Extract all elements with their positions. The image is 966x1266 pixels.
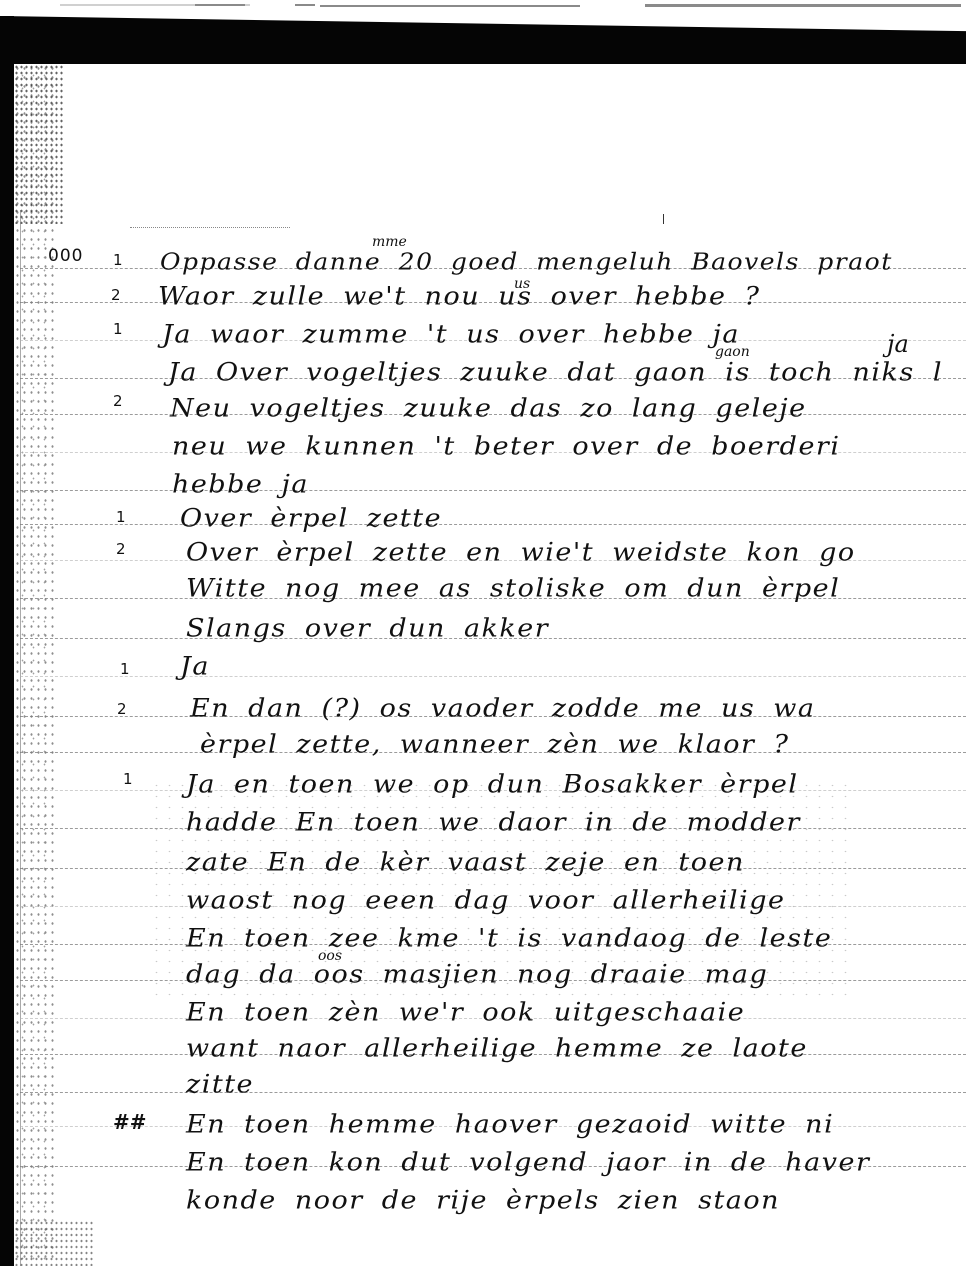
ruled-line [20, 1092, 966, 1093]
interlinear-correction: mme [372, 234, 407, 250]
transcript-line: dag da oos masjien nog draaie mag [186, 960, 768, 989]
transcript-line: Slangs over dun akker [186, 614, 549, 643]
interlinear-correction: us [514, 276, 530, 292]
speaker-number: 2 [117, 700, 127, 718]
scan-streak [320, 5, 580, 7]
speaker-number: 1 [116, 508, 126, 526]
speaker-number: 1 [120, 660, 130, 678]
transcript-line: neu we kunnen 't beter over de boerderi [172, 432, 840, 461]
scan-streak [195, 4, 245, 6]
transcript-line: want naor allerheilige hemme ze laote [186, 1034, 808, 1063]
ink-tick [663, 214, 664, 224]
tape-counter-mark: 000 [48, 246, 83, 266]
transcript-line: Ja waor zumme 't us over hebbe ja [162, 320, 740, 349]
paper-page [14, 64, 966, 1266]
transcript-line: Over èrpel zette [180, 504, 442, 533]
transcript-line: En dan (?) os vaoder zodde me us wa [190, 694, 816, 723]
transcript-line: Over èrpel zette en wie't weidste kon go [186, 538, 856, 567]
speaker-number: 1 [123, 770, 133, 788]
transcript-line: hebbe ja [172, 470, 309, 499]
margin-line [20, 210, 21, 1266]
transcript-line: En toen hemme haover gezaoid witte ni [186, 1110, 834, 1139]
interlinear-correction: oos [318, 948, 342, 964]
transcript-line: En toen zèn we'r ook uitgeschaaie [186, 998, 745, 1027]
scan-streak [645, 4, 961, 7]
transcript-line: Ja Over vogeltjes zuuke dat gaon is toch… [168, 358, 943, 387]
transcript-line: Ja en toen we op dun Bosakker èrpel [186, 770, 798, 799]
transcript-line: hadde En toen we daor in de modder [186, 808, 801, 837]
scan-noise-bottom [14, 1220, 94, 1266]
transcript-line: zitte [186, 1070, 254, 1099]
transcript-line: Neu vogeltjes zuuke das zo lang geleje [170, 394, 807, 423]
transcript-line: konde noor de rije èrpels zien staon [186, 1186, 780, 1215]
transcript-line: zate En de kèr vaast zeje en toen [186, 848, 745, 877]
transcript-line: Witte nog mee as stoliske om dun èrpel [186, 574, 840, 603]
speaker-number: 2 [111, 286, 121, 304]
header-rule [130, 227, 290, 228]
scan-black-band-left [0, 16, 14, 1266]
scan-streak [295, 4, 315, 6]
transcript-line: En toen zee kme 't is vandaog de leste [186, 924, 832, 953]
speaker-number: 1 [113, 251, 123, 269]
speaker-number: 1 [113, 320, 123, 338]
margin-note-ja: ja [887, 330, 909, 358]
ruled-line [20, 490, 966, 491]
scan-noise-corner [14, 64, 64, 224]
interlinear-correction: gaon [715, 344, 750, 360]
margin-scribble: ## [113, 1110, 147, 1134]
ruled-line [20, 676, 966, 677]
transcript-line: Oppasse danne 20 goed mengeluh Baovels p… [160, 247, 893, 275]
transcript-line: Ja [180, 652, 210, 681]
speaker-number: 2 [113, 392, 123, 410]
scan-top-edge [0, 0, 966, 14]
speaker-number: 2 [116, 540, 126, 558]
transcript-line: èrpel zette, wanneer zèn we klaor ? [200, 730, 790, 759]
transcript-line: Waor zulle we't nou us over hebbe ? [158, 282, 761, 311]
transcript-line: En toen kon dut volgend jaor in de haver [186, 1148, 870, 1177]
transcript-line: waost nog eeen dag voor allerheilige [186, 886, 785, 915]
ruled-line [20, 524, 966, 525]
